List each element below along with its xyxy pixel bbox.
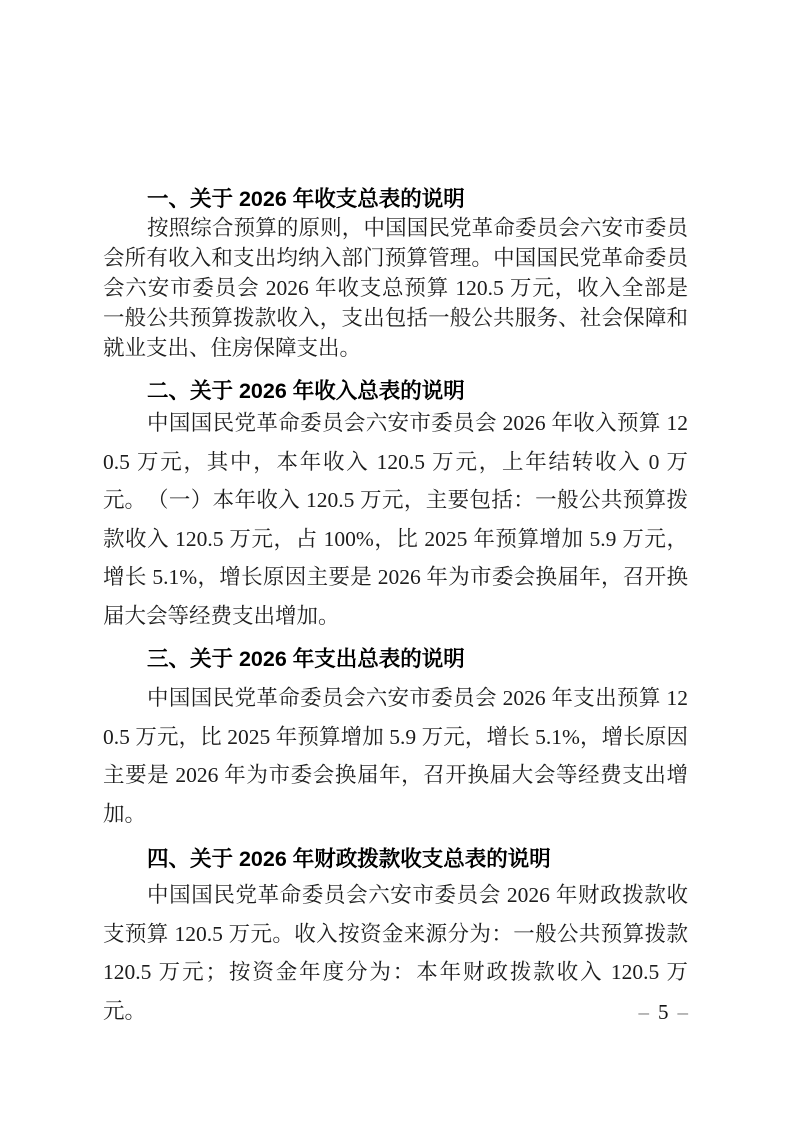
section-4-heading: 四、关于 2026 年财政拨款收支总表的说明 [103, 845, 688, 873]
page-number: –5– [103, 1001, 688, 1023]
section-3-paragraph: 中国国民党革命委员会六安市委员会 2026 年支出预算 120.5 万元，比 2… [103, 679, 688, 834]
page-number-right-dash: – [678, 1000, 689, 1024]
document-page: 一、关于 2026 年收支总表的说明 按照综合预算的原则，中国国民党革命委员会六… [0, 0, 793, 1122]
section-1-paragraph: 按照综合预算的原则，中国国民党革命委员会六安市委员会所有收入和支出均纳入部门预算… [103, 213, 688, 363]
page-number-value: 5 [658, 1000, 669, 1024]
page-number-left-dash: – [639, 1000, 650, 1024]
section-2-paragraph-2: （一）本年收入 120.5 万元，主要包括：一般公共预算拨款收入 120.5 万… [103, 481, 688, 636]
section-2-heading: 二、关于 2026 年收入总表的说明 [103, 377, 688, 405]
section-3-heading: 三、关于 2026 年支出总表的说明 [103, 645, 688, 673]
section-1-heading: 一、关于 2026 年收支总表的说明 [103, 185, 688, 213]
